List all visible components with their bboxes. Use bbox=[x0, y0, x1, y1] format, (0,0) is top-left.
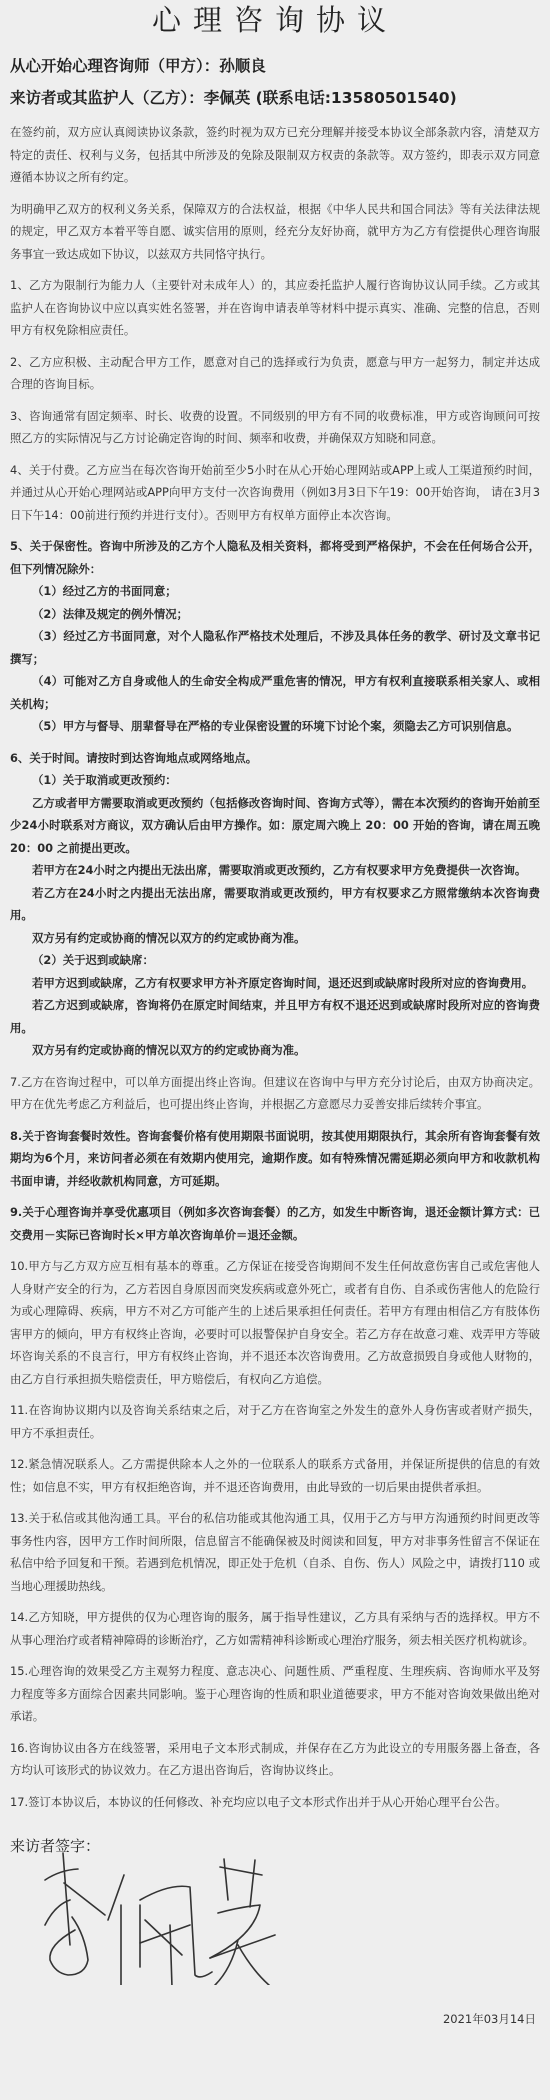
party-b-line: 来访者或其监护人（乙方）：李佩英 (联系电话:13580501540) bbox=[10, 87, 540, 109]
clause-6-1-body-3: 若乙方在24小时之内提出无法出席，需要取消或更改预约，甲方有权要求乙方照常缴纳本… bbox=[10, 882, 540, 927]
clause-6-2-body-3: 双方另有约定或协商的情况以双方的约定或协商为准。 bbox=[10, 1039, 540, 1062]
handwritten-signature bbox=[40, 1845, 290, 1985]
clause-3: 3、咨询通常有固定频率、时长、收费的设置。不同级别的甲方有不同的收费标准，甲方或… bbox=[10, 405, 540, 450]
clause-5: 5、关于保密性。咨询中所涉及的乙方个人隐私及相关资料，都将受到严格保护，不会在任… bbox=[10, 535, 540, 580]
clause-5-item-3: （3）经过乙方书面同意，对个人隐私作严格技术处理后，不涉及具体任务的教学、研讨及… bbox=[10, 625, 540, 670]
party-a-line: 从心开始心理咨询师（甲方）：孙顺良 bbox=[10, 55, 540, 77]
clause-5-item-2: （2）法律及规定的例外情况； bbox=[10, 603, 540, 626]
agreement-page: 心理咨询协议 从心开始心理咨询师（甲方）：孙顺良 来访者或其监护人（乙方）：李佩… bbox=[0, 0, 550, 2100]
clause-6-2-title: （2）关于迟到或缺席： bbox=[10, 949, 540, 972]
clause-17: 17.签订本协议后，本协议的任何修改、补充均应以电子文本形式作出并于从心开始心理… bbox=[10, 1791, 540, 1814]
clause-6-2-body-2: 若乙方迟到或缺席，咨询将仍在原定时间结束，并且甲方有权不退还迟到或缺席时段所对应… bbox=[10, 994, 540, 1039]
clause-8: 8.关于咨询套餐时效性。咨询套餐价格有使用期限书面说明，按其使用期限执行，其余所… bbox=[10, 1125, 540, 1193]
clause-6-1-body-1: 乙方或者甲方需要取消或更改预约（包括修改咨询时间、咨询方式等），需在本次预约的咨… bbox=[10, 792, 540, 860]
clause-5-item-5: （5）甲方与督导、朋辈督导在严格的专业保密设置的环境下讨论个案，须隐去乙方可识别… bbox=[10, 715, 540, 738]
clause-5-item-1: （1）经过乙方的书面同意； bbox=[10, 580, 540, 603]
clause-15: 15.心理咨询的效果受乙方主观努力程度、意志决心、问题性质、严重程度、生理疾病、… bbox=[10, 1660, 540, 1728]
clause-4: 4、关于付费。乙方应当在每次咨询开始前至少5小时在从心开始心理网站或APP上或人… bbox=[10, 459, 540, 527]
clause-1: 1、乙方为限制行为能力人（主要针对未成年人）的，其应委托监护人履行咨询协议认同手… bbox=[10, 274, 540, 342]
clause-13: 13.关于私信或其他沟通工具。平台的私信功能或其他沟通工具，仅用于乙方与甲方沟通… bbox=[10, 1507, 540, 1597]
clause-6: 6、关于时间。请按时到达咨询地点或网络地点。 bbox=[10, 747, 540, 770]
clause-14: 14.乙方知晓，甲方提供的仅为心理咨询的服务，属于指导性建议，乙方具有采纳与否的… bbox=[10, 1606, 540, 1651]
clause-16: 16.咨询协议由各方在线签署，采用电子文本形式制成，并保存在乙方为此设立的专用服… bbox=[10, 1737, 540, 1782]
clause-7: 7.乙方在咨询过程中，可以单方面提出终止咨询。但建议在咨询中与甲方充分讨论后，由… bbox=[10, 1071, 540, 1116]
clause-6-2-body-1: 若甲方迟到或缺席，乙方有权要求甲方补齐原定咨询时间，退还迟到或缺席时段所对应的咨… bbox=[10, 972, 540, 995]
page-title: 心理咨询协议 bbox=[10, 0, 540, 42]
clause-12: 12.紧急情况联系人。乙方需提供除本人之外的一位联系人的联系方式备用，并保证所提… bbox=[10, 1453, 540, 1498]
signature-date: 2021年03月14日 bbox=[443, 2011, 536, 2027]
clause-6-1-body-4: 双方另有约定或协商的情况以双方的约定或协商为准。 bbox=[10, 927, 540, 950]
clause-5-item-4: （4）可能对乙方自身或他人的生命安全构成严重危害的情况，甲方有权利直接联系相关家… bbox=[10, 670, 540, 715]
clause-9: 9.关于心理咨询并享受优惠项目（例如多次咨询套餐）的乙方，如发生中断咨询，退还金… bbox=[10, 1201, 540, 1246]
clause-6-1-title: （1）关于取消或更改预约： bbox=[10, 769, 540, 792]
clause-2: 2、乙方应积极、主动配合甲方工作，愿意对自己的选择或行为负责，愿意与甲方一起努力… bbox=[10, 351, 540, 396]
clause-10: 10.甲方与乙方双方应互相有基本的尊重。乙方保证在接受咨询期间不发生任何故意伤害… bbox=[10, 1255, 540, 1390]
intro-paragraph-1: 在签约前，双方应认真阅读协议条款，签约时视为双方已充分理解并接受本协议全部条款内… bbox=[10, 121, 540, 189]
clause-6-1-body-2: 若甲方在24小时之内提出无法出席，需要取消或更改预约，乙方有权要求甲方免费提供一… bbox=[10, 859, 540, 882]
clause-11: 11.在咨询协议期内以及咨询关系结束之后，对于乙方在咨询室之外发生的意外人身伤害… bbox=[10, 1399, 540, 1444]
intro-paragraph-2: 为明确甲乙双方的权利义务关系，保障双方的合法权益，根据《中华人民共和国合同法》等… bbox=[10, 198, 540, 266]
